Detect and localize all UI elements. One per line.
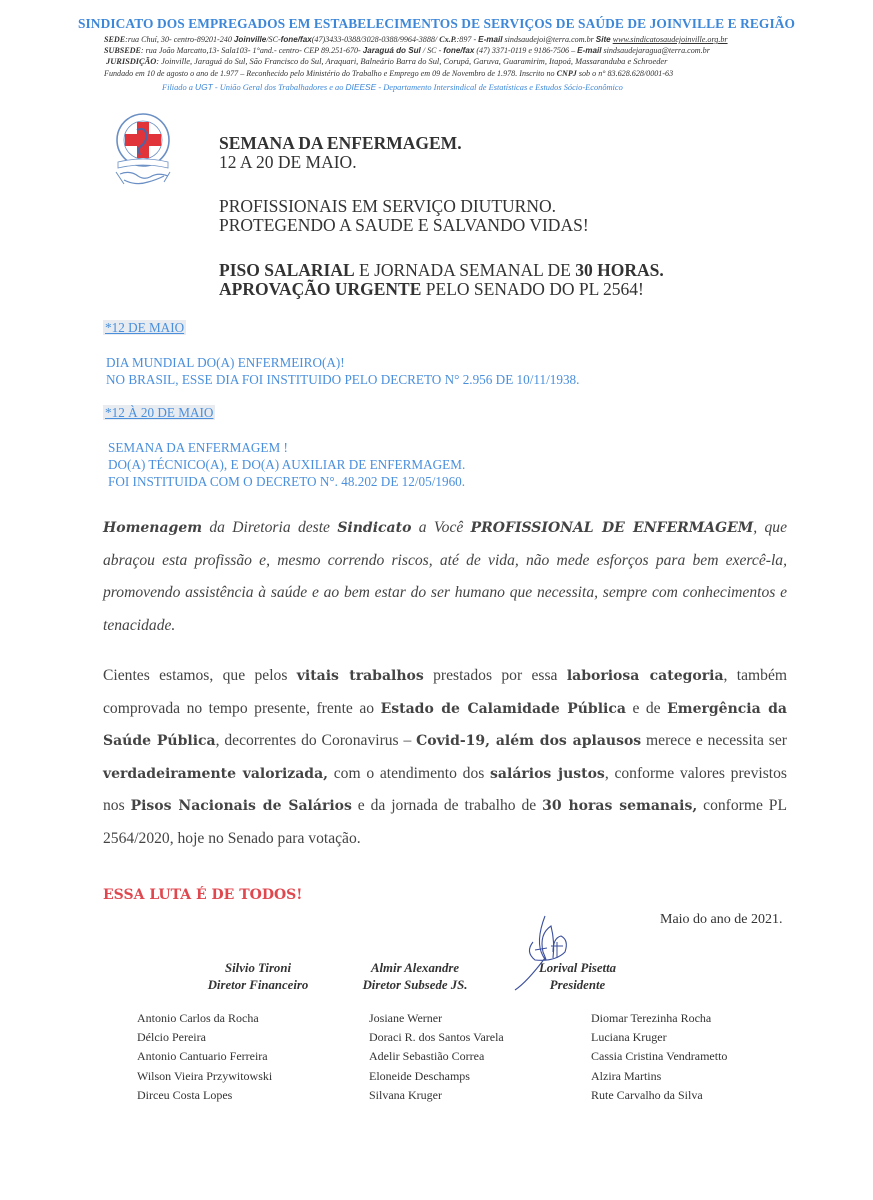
p2-text: e de xyxy=(626,700,667,717)
board-member: Rute Carvalho da Silva xyxy=(591,1086,727,1105)
sede-address: :rua Chuí, 30- centro-89201-240 xyxy=(125,35,234,44)
board-member: Adelir Sebastião Correa xyxy=(369,1047,504,1066)
p1-bold: Sindicato xyxy=(337,520,411,536)
signatory-presidente: Lorival Pisetta Presidente xyxy=(510,960,645,994)
letterhead-sede: SEDE:rua Chuí, 30- centro-89201-240 Join… xyxy=(104,35,728,44)
p1-bold: PROFISSIONAL DE ENFERMAGEM xyxy=(471,520,754,536)
aprovacao-urgente: APROVAÇÃO URGENTE xyxy=(219,279,421,299)
headline-line6-text: PELO SENADO DO PL 2564! xyxy=(421,279,643,299)
board-member: Wilson Vieira Przywitowski xyxy=(137,1067,272,1086)
p2-bold: Estado de Calamidade Pública xyxy=(381,701,626,717)
p1-bold: Homenagem xyxy=(103,520,202,536)
section-semana-line3: FOI INSTITUIDA COM O DECRETO N°. 48.202 … xyxy=(108,474,465,490)
sede-cxp: :897 - xyxy=(457,35,479,44)
section-semana-line2: DO(A) TÉCNICO(A), E DO(A) AUXILIAR DE EN… xyxy=(108,457,465,473)
sede-email-label: E-mail xyxy=(478,35,502,44)
headline-line6: APROVAÇÃO URGENTE PELO SENADO DO PL 2564… xyxy=(219,280,644,299)
letterhead-title: SINDICATO DOS EMPREGADOS EM ESTABELECIME… xyxy=(0,16,873,32)
section-heading-text: *12 À 20 DE MAIO xyxy=(103,405,215,420)
board-member: Josiane Werner xyxy=(369,1009,504,1028)
letterhead-fundado: Fundado em 10 de agosto o ano de 1.977 –… xyxy=(104,69,673,78)
ugt-label: UGT xyxy=(195,82,213,92)
dieese-desc: - Departamento Intersindical de Estatíst… xyxy=(376,83,623,92)
subsede-fone: (47) 3371-0119 e 9186-7506 – xyxy=(474,46,577,55)
jurisdicao-text: : Joinville, Jaraguá do Sul, São Francis… xyxy=(156,57,667,66)
sede-site-label: Site xyxy=(596,35,611,44)
subsede-label: SUBSEDE xyxy=(104,46,141,55)
signatory-name: Lorival Pisetta xyxy=(510,960,645,977)
recognition-paragraph: Cientes estamos, que pelos vitais trabal… xyxy=(103,660,787,855)
headline-line3: PROFISSIONAIS EM SERVIÇO DIUTURNO. xyxy=(219,197,556,216)
p2-text: com o atendimento dos xyxy=(328,765,490,782)
headline-line5-text: E JORNADA SEMANAL DE xyxy=(355,260,576,280)
sede-label: SEDE xyxy=(104,35,125,44)
board-member: Délcio Pereira xyxy=(137,1028,272,1047)
section-12-maio-heading: *12 DE MAIO xyxy=(103,320,186,336)
board-column-2: Josiane Werner Doraci R. dos Santos Vare… xyxy=(369,1009,504,1105)
board-member: Antonio Cantuario Ferreira xyxy=(137,1047,272,1066)
dieese-label: DIEESE xyxy=(346,82,377,92)
signatory-subsede: Almir Alexandre Diretor Subsede JS. xyxy=(345,960,485,994)
sede-email[interactable]: sindsaudejoi@terra.com.br xyxy=(502,35,595,44)
30-horas: 30 HORAS. xyxy=(575,260,663,280)
board-member: Alzira Martins xyxy=(591,1067,727,1086)
letter-date: Maio do ano de 2021. xyxy=(660,912,782,928)
p2-text: merece e necessita ser xyxy=(641,732,787,749)
cnpj-number: sob o n° 83.628.628/0001-63 xyxy=(577,69,673,78)
letterhead-subsede: SUBSEDE: rua João Marcatto,13- Sala103- … xyxy=(104,46,710,55)
sede-city: Joinville xyxy=(234,35,266,44)
p2-bold: Covid-19, além dos aplausos xyxy=(416,733,641,749)
slogan: ESSA LUTA É DE TODOS! xyxy=(103,887,302,903)
sede-fone-label: fone/fax xyxy=(281,35,312,44)
section-semana-heading: *12 À 20 DE MAIO xyxy=(103,405,215,421)
subsede-email[interactable]: sindsaudejaragua@terra.com.br xyxy=(601,46,709,55)
subsede-email-label: E-mail xyxy=(577,46,601,55)
signatory-name: Silvio Tironi xyxy=(188,960,328,977)
ugt-desc: - União Geral dos Trabalhadores e ao xyxy=(213,83,346,92)
board-member: Luciana Kruger xyxy=(591,1028,727,1047)
signatory-financeiro: Silvio Tironi Diretor Financeiro xyxy=(188,960,328,994)
board-member: Antonio Carlos da Rocha xyxy=(137,1009,272,1028)
piso-salarial: PISO SALARIAL xyxy=(219,260,355,280)
p2-bold: vitais trabalhos xyxy=(297,668,424,684)
p2-bold: Pisos Nacionais de Salários xyxy=(131,798,352,814)
headline-line4: PROTEGENDO A SAUDE E SALVANDO VIDAS! xyxy=(219,216,589,235)
section-12-maio-line1: DIA MUNDIAL DO(A) ENFERMEIRO(A)! xyxy=(106,355,345,371)
p2-bold: salários justos xyxy=(490,766,605,782)
headline-dates: 12 A 20 DE MAIO. xyxy=(219,153,357,172)
union-logo-icon xyxy=(110,110,180,196)
board-member: Dirceu Costa Lopes xyxy=(137,1086,272,1105)
headline-line5: PISO SALARIAL E JORNADA SEMANAL DE 30 HO… xyxy=(219,261,664,280)
filiado-prefix: Filiado a xyxy=(162,83,195,92)
letterhead-filiado: Filiado a UGT - União Geral dos Trabalha… xyxy=(162,82,623,92)
signatory-role: Diretor Financeiro xyxy=(188,977,328,994)
signatory-role: Diretor Subsede JS. xyxy=(345,977,485,994)
cnpj-label: CNPJ xyxy=(557,69,577,78)
subsede-city: Jaraguá do Sul xyxy=(363,46,421,55)
sede-state: /SC- xyxy=(266,35,280,44)
section-heading-text: *12 DE MAIO xyxy=(103,320,186,335)
homage-paragraph: Homenagem da Diretoria deste Sindicato a… xyxy=(103,512,787,642)
jurisdicao-label: JURISDIÇÃO xyxy=(106,57,156,66)
signatory-role: Presidente xyxy=(510,977,645,994)
p2-text: prestados por essa xyxy=(424,667,567,684)
letterhead-jurisdicao: JURISDIÇÃO: Joinville, Jaraguá do Sul, S… xyxy=(106,57,667,66)
board-member: Diomar Terezinha Rocha xyxy=(591,1009,727,1028)
p2-bold: laboriosa categoria xyxy=(567,668,724,684)
p1-text: da Diretoria deste xyxy=(202,519,337,536)
subsede-fone-label: fone/fax xyxy=(443,46,474,55)
board-column-3: Diomar Terezinha Rocha Luciana Kruger Ca… xyxy=(591,1009,727,1105)
section-semana-line1: SEMANA DA ENFERMAGEM ! xyxy=(108,440,288,456)
section-12-maio-line2: NO BRASIL, ESSE DIA FOI INSTITUIDO PELO … xyxy=(106,372,579,388)
p2-bold: 30 horas semanais, xyxy=(542,798,697,814)
board-member: Eloneide Deschamps xyxy=(369,1067,504,1086)
p1-text: a Você xyxy=(411,519,470,536)
board-member: Doraci R. dos Santos Varela xyxy=(369,1028,504,1047)
board-member: Silvana Kruger xyxy=(369,1086,504,1105)
p2-text: e da jornada de trabalho de xyxy=(352,797,542,814)
sede-cxp-label: Cx.P. xyxy=(439,35,456,44)
sede-site-link[interactable]: www.sindicatosaudejoinville.org.br xyxy=(613,35,728,44)
p1-text: , que abraçou esta profissão e, mesmo co… xyxy=(103,519,787,634)
headline-line1: SEMANA DA ENFERMAGEM. xyxy=(219,133,462,153)
p2-text: , decorrentes do Coronavirus – xyxy=(216,732,417,749)
signatory-name: Almir Alexandre xyxy=(345,960,485,977)
board-column-1: Antonio Carlos da Rocha Délcio Pereira A… xyxy=(137,1009,272,1105)
board-member: Cassia Cristina Vendrametto xyxy=(591,1047,727,1066)
sede-fone: (47)3433-0388/3028-0388/9964-3888/ xyxy=(312,35,439,44)
subsede-state: / SC - xyxy=(421,46,443,55)
headline-title: SEMANA DA ENFERMAGEM. xyxy=(219,134,462,153)
p2-text: Cientes estamos, que pelos xyxy=(103,667,297,684)
subsede-address: : rua João Marcatto,13- Sala103- 1°and.-… xyxy=(141,46,363,55)
fundado-text: Fundado em 10 de agosto o ano de 1.977 –… xyxy=(104,69,557,78)
p2-bold: verdadeiramente valorizada, xyxy=(103,766,328,782)
